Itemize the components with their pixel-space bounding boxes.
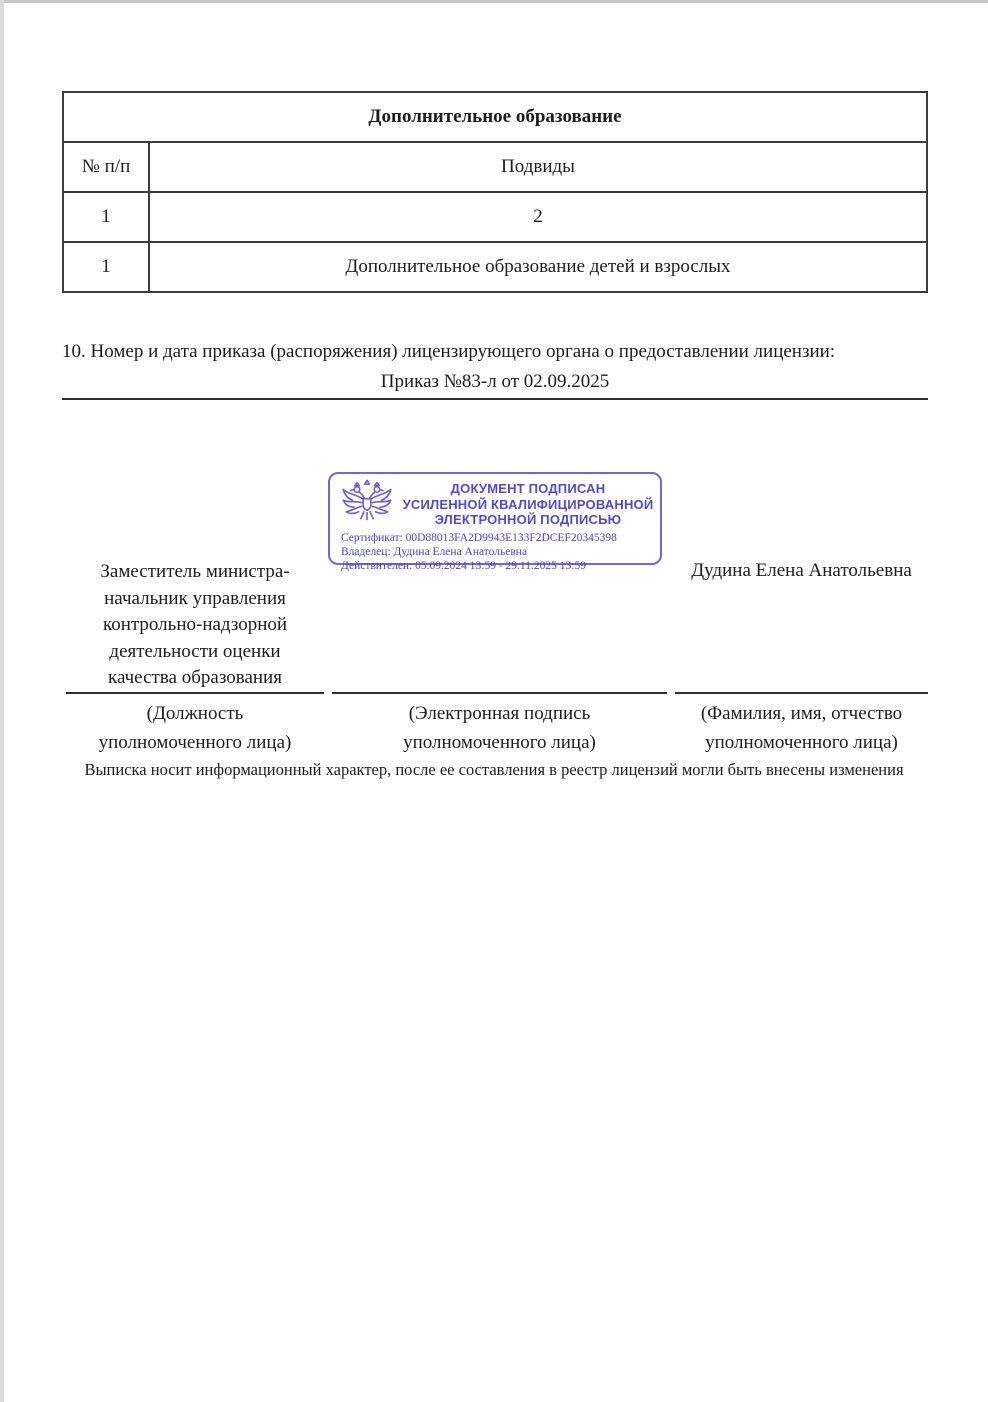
table-title: Дополнительное образование xyxy=(63,92,927,142)
stamp-certificate: Сертификат: 00D88013FA2D9943E133F2DCEF20… xyxy=(341,531,660,545)
document-page: Дополнительное образование № п/п Подвиды… xyxy=(0,0,988,1402)
name-caption-line-1: (Фамилия, имя, отчество xyxy=(659,700,944,729)
stamp-title-line-2: УСИЛЕННОЙ КВАЛИФИЦИРОВАННОЙ xyxy=(396,497,660,513)
informational-note: Выписка носит информационный характер, п… xyxy=(0,760,988,780)
signer-position-line-1: Заместитель министра- xyxy=(66,559,324,586)
coat-of-arms-icon xyxy=(338,478,396,524)
table-cell-row1-subtype: 2 xyxy=(149,192,927,242)
signer-position-line-4: деятельности оценки xyxy=(66,639,324,666)
digital-signature-stamp: ДОКУМЕНТ ПОДПИСАН УСИЛЕННОЙ КВАЛИФИЦИРОВ… xyxy=(328,472,662,565)
stamp-header: ДОКУМЕНТ ПОДПИСАН УСИЛЕННОЙ КВАЛИФИЦИРОВ… xyxy=(330,474,660,528)
section-10-label: 10. Номер и дата приказа (распоряжения) … xyxy=(62,341,942,363)
esign-caption: (Электронная подпись уполномоченного лиц… xyxy=(332,700,667,757)
stamp-details: Сертификат: 00D88013FA2D9943E133F2DCEF20… xyxy=(341,531,660,573)
esign-caption-line-1: (Электронная подпись xyxy=(332,700,667,729)
stamp-title-line-1: ДОКУМЕНТ ПОДПИСАН xyxy=(396,481,660,497)
table-row: 1 2 xyxy=(63,192,927,242)
table-cell-row1-number: 1 xyxy=(63,192,149,242)
page-edge-top xyxy=(0,0,988,3)
column-header-subtypes: Подвиды xyxy=(149,142,927,192)
stamp-title-line-3: ЭЛЕКТРОННОЙ ПОДПИСЬЮ xyxy=(396,512,660,528)
table-cell-row2-subtype: Дополнительное образование детей и взрос… xyxy=(149,242,927,292)
signer-position-line-3: контрольно-надзорной xyxy=(66,612,324,639)
table-header-row: № п/п Подвиды xyxy=(63,142,927,192)
stamp-owner: Владелец: Дудина Елена Анатольевна xyxy=(341,545,660,559)
esign-caption-line-2: уполномоченного лица) xyxy=(332,729,667,758)
name-caption-line-2: уполномоченного лица) xyxy=(659,729,944,758)
position-caption-line-1: (Должность xyxy=(50,700,340,729)
table-cell-row2-number: 1 xyxy=(63,242,149,292)
page-edge-left xyxy=(0,0,4,1402)
stamp-validity: Действителен: 05.09.2024 13:59 - 29.11.2… xyxy=(341,559,660,573)
signer-name: Дудина Елена Анатольевна xyxy=(675,560,928,582)
signer-position-line-2: начальник управления xyxy=(66,586,324,613)
stamp-title: ДОКУМЕНТ ПОДПИСАН УСИЛЕННОЙ КВАЛИФИЦИРОВ… xyxy=(396,481,660,528)
table-title-row: Дополнительное образование xyxy=(63,92,927,142)
signer-position: Заместитель министра- начальник управлен… xyxy=(66,559,324,692)
position-caption: (Должность уполномоченного лица) xyxy=(50,700,340,757)
order-number-value: Приказ №83-л от 02.09.2025 xyxy=(62,371,928,400)
column-header-number: № п/п xyxy=(63,142,149,192)
table-row: 1 Дополнительное образование детей и взр… xyxy=(63,242,927,292)
signature-line-position xyxy=(66,692,324,694)
signature-line-name xyxy=(675,692,928,694)
signer-position-line-5: качества образования xyxy=(66,665,324,692)
name-caption: (Фамилия, имя, отчество уполномоченного … xyxy=(659,700,944,757)
signature-line-esign xyxy=(332,692,667,694)
additional-education-table: Дополнительное образование № п/п Подвиды… xyxy=(62,91,928,293)
position-caption-line-2: уполномоченного лица) xyxy=(50,729,340,758)
